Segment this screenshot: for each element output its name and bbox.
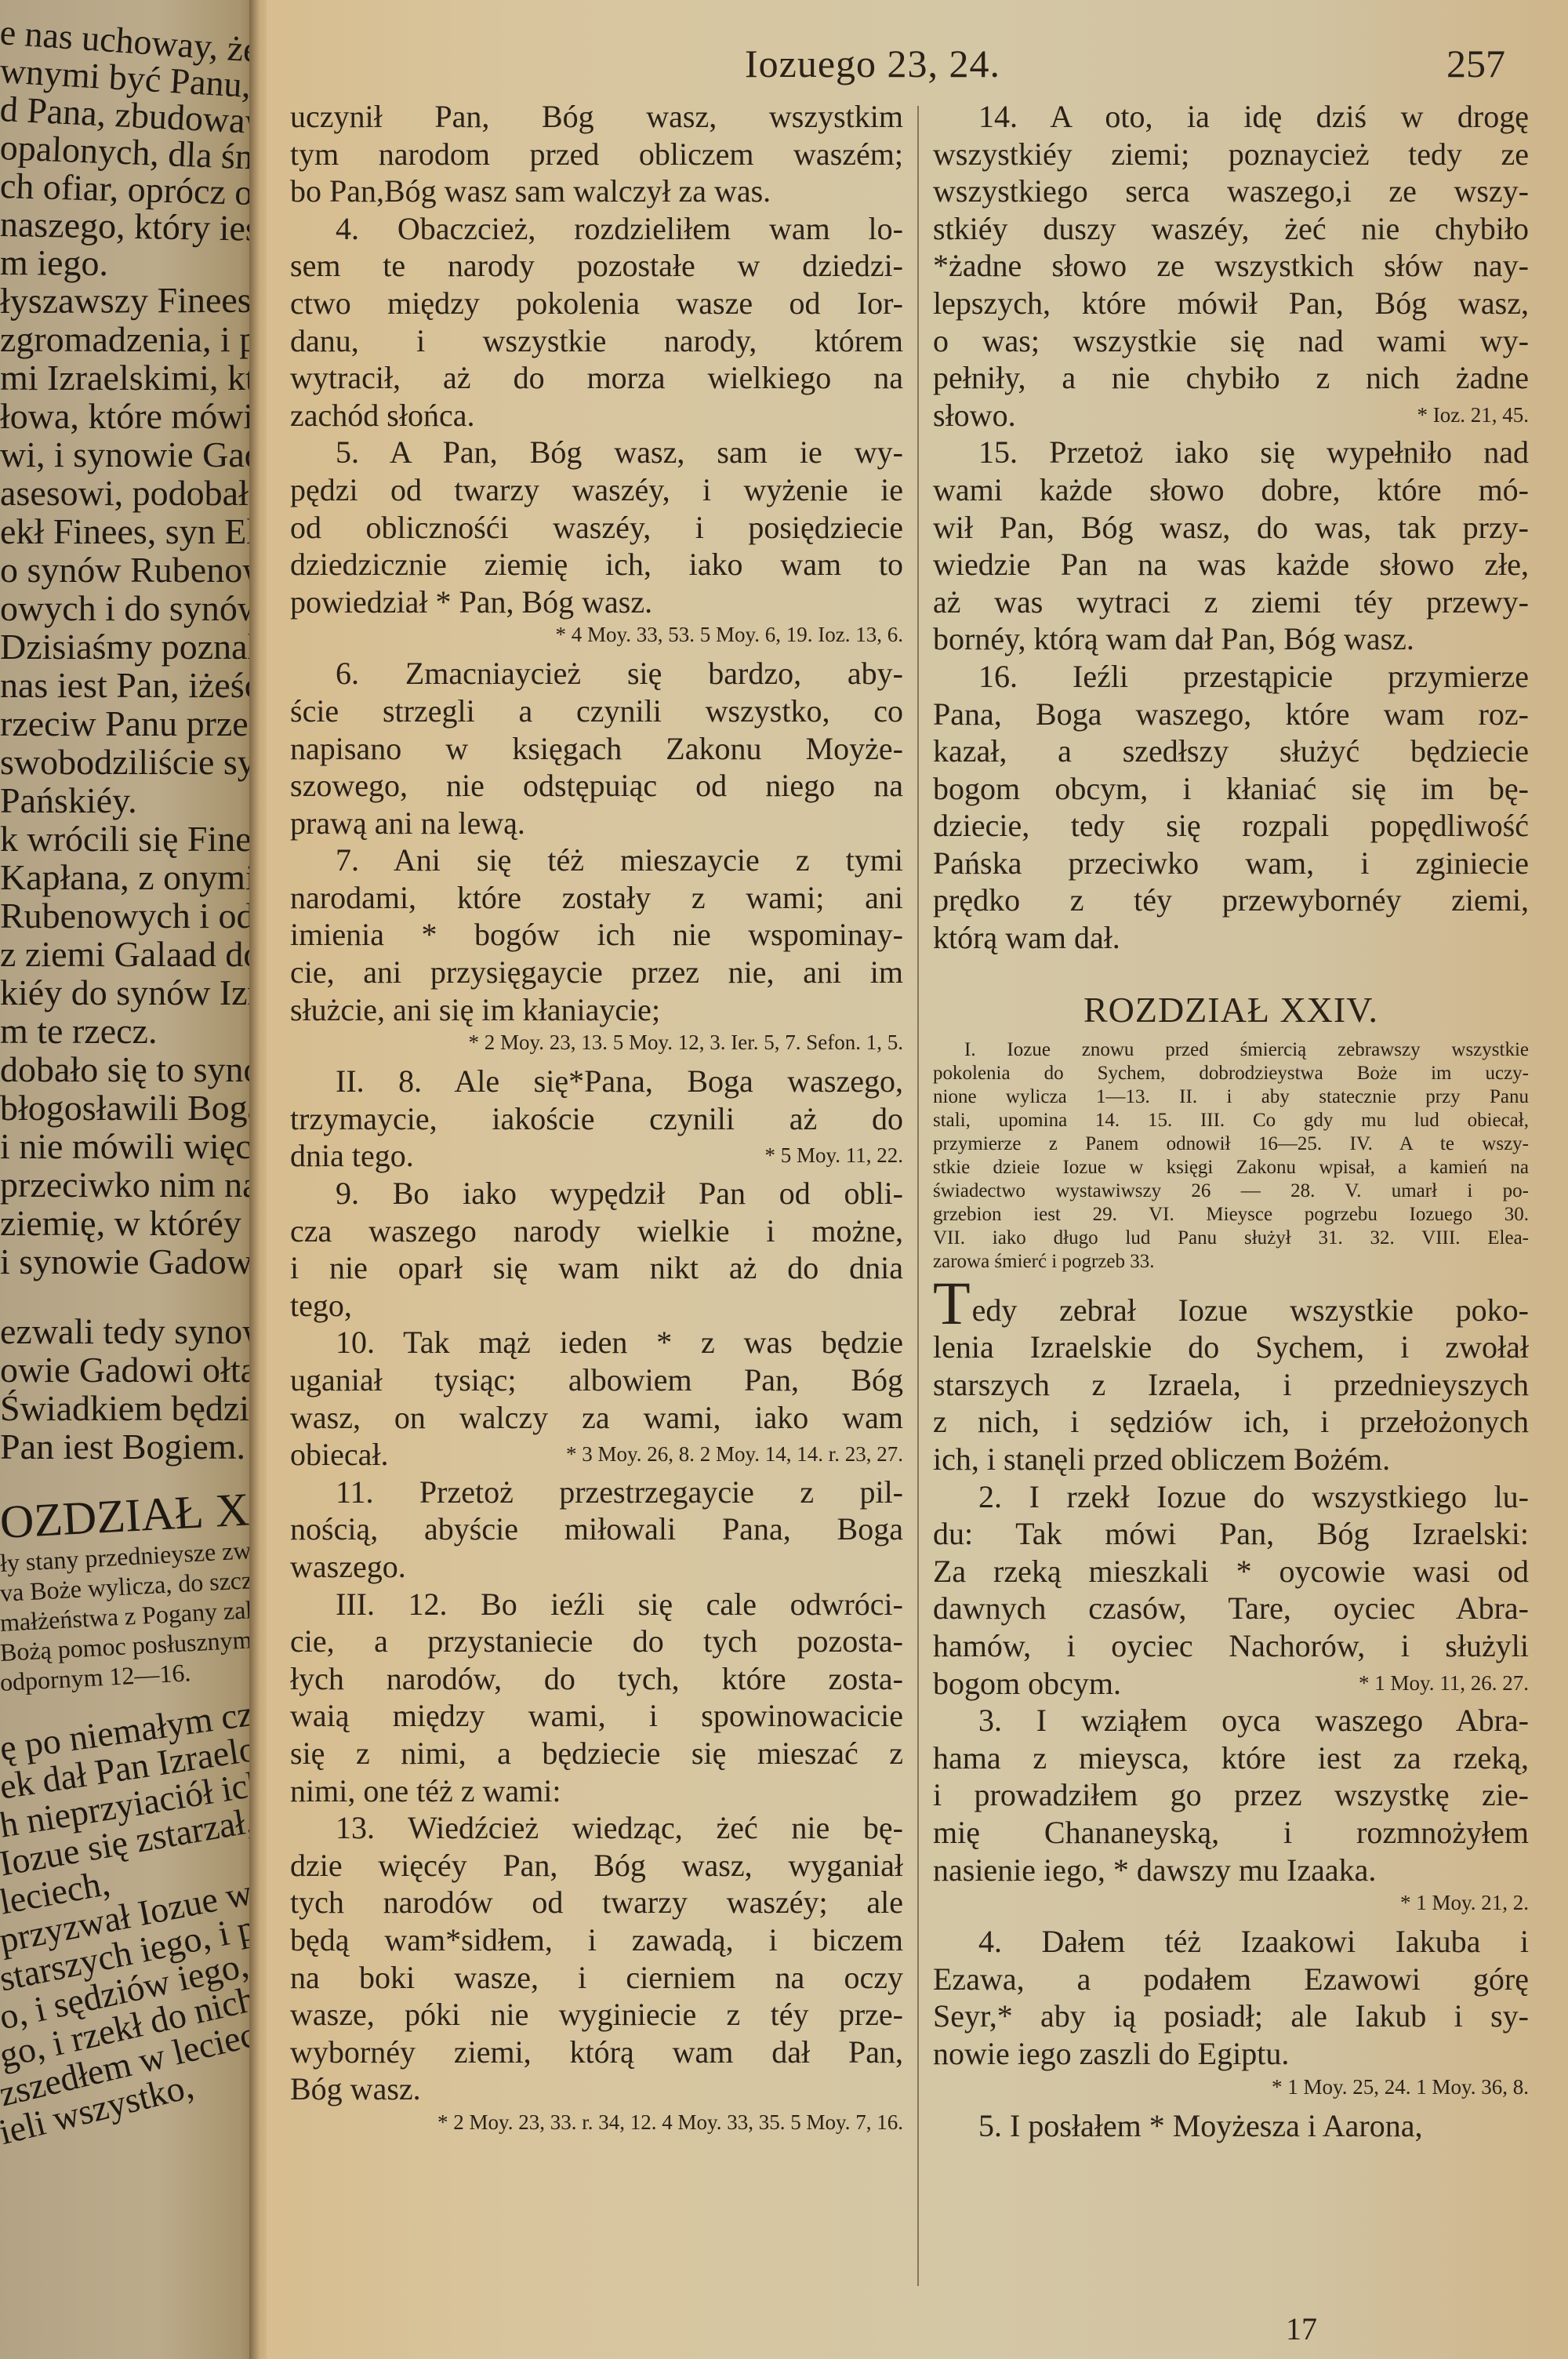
text-line: Seyr,* aby ią posiadł; ale Iakub i sy- xyxy=(933,1997,1529,2035)
text-line: na boki wasze, i cierniem na oczy xyxy=(290,1959,903,1997)
cross-reference: * 2 Moy. 23, 13. 5 Moy. 12, 3. Ier. 5, 7… xyxy=(290,1028,903,1056)
text-line: cie, a przystaniecie do tych pozosta- xyxy=(290,1623,903,1660)
text-line: waszego. xyxy=(290,1548,903,1586)
line-text: Za rzeką mieszkali * oycowie wasi od xyxy=(933,1554,1529,1589)
left-page-line: nas iest Pan, iżeście się xyxy=(0,667,260,703)
left-page-line: rzeciw Panu przestęps xyxy=(0,706,260,742)
line-text: tym narodom przed obliczem waszém; xyxy=(290,136,903,172)
column-divider xyxy=(917,106,919,2286)
line-text: dziedzicznie ziemię ich, iako wam to xyxy=(290,547,903,582)
running-head-title: Iozuego 23, 24. xyxy=(745,41,1000,86)
line-text: Bóg wasz. xyxy=(290,2071,421,2106)
text-line: 7. Ani się téż mieszaycie z tymi xyxy=(290,841,903,879)
line-text: ctwo między pokolenia wasze od Ior- xyxy=(290,285,903,321)
line-text: uczynił Pan, Bóg wasz, wszystkim xyxy=(290,99,903,134)
line-text: dnia tego. xyxy=(290,1138,414,1173)
text-line: Ezawa, a podałem Ezawowi górę xyxy=(933,1961,1529,1998)
line-text: III. 12. Bo ieźli się cale odwróci- xyxy=(336,1587,903,1622)
line-text: trzymaycie, iakoście czynili aż do xyxy=(290,1101,903,1136)
line-text: bogom obcym. xyxy=(933,1666,1121,1701)
left-page-line: Pańskiéy. xyxy=(0,783,137,819)
text-line: nasienie iego, * dawszy mu Izaaka. xyxy=(933,1852,1529,1889)
text-line: imienia * bogów ich nie wspominay- xyxy=(290,916,903,954)
line-text: sem te narody pozostałe w dziedzi- xyxy=(290,248,903,283)
line-text: 3. I wziąłem oyca waszego Abra- xyxy=(978,1703,1529,1738)
right-text-column: 14. A oto, ia idę dziś w drogęwszystkiéy… xyxy=(933,98,1529,2144)
left-page-line: ezwali tedy synowie R xyxy=(0,1314,260,1350)
summary-line: grzebion iest 29. VI. Mieysce pogrzebu I… xyxy=(933,1203,1529,1227)
line-text: danu, i wszystkie narody, którem xyxy=(290,323,903,358)
line-text: 15. Przetoż iako się wypełniło nad xyxy=(978,434,1529,470)
line-text: waią między wami, i spowinowacicie xyxy=(290,1698,903,1733)
line-text: pełniły, a nie chybiło z nich żadne xyxy=(933,360,1529,395)
line-text: nowie iego zaszli do Egiptu. xyxy=(933,2036,1289,2071)
verse-v15: 15. Przetoż iako się wypełniło nadwami k… xyxy=(933,434,1529,658)
summary-line: stkie dzieie Iozue w księgi Zakonu wpisa… xyxy=(933,1156,1529,1179)
line-text: kazał, a szedłszy służyć będziecie xyxy=(933,733,1529,769)
line-text: Pana, Boga waszego, które wam roz- xyxy=(933,696,1529,732)
line-text: aż was wytraci z ziemi téy przewy- xyxy=(933,584,1529,620)
cross-reference: * 4 Moy. 33, 53. 5 Moy. 6, 19. Ioz. 13, … xyxy=(290,620,903,649)
cross-reference: * 3 Moy. 26, 8. 2 Moy. 14, 14. r. 23, 27… xyxy=(566,1436,903,1474)
text-line: powiedział * Pan, Bóg wasz. xyxy=(290,583,903,621)
verse-v13: 13. Wiedźcież wiedząc, żeć nie bę-dzie w… xyxy=(290,1809,903,2136)
text-line: 14. A oto, ia idę dziś w drogę xyxy=(933,98,1529,136)
text-line: 4. Obaczcież, rozdzieliłem wam lo- xyxy=(290,210,903,248)
verse-v14: 14. A oto, ia idę dziś w drogęwszystkiéy… xyxy=(933,98,1529,434)
line-text: prędko z téy przewybornéy ziemi, xyxy=(933,882,1529,918)
line-text: wytracił, aż do morza wielkiego na xyxy=(290,360,903,395)
text-line: 2. I rzekł Iozue do wszystkiego lu- xyxy=(933,1478,1529,1516)
text-line: Pańska przeciwko wam, i zginiecie xyxy=(933,845,1529,882)
line-text: narodami, które zostały z wami; ani xyxy=(290,880,903,915)
text-line: wybornéy ziemi, którą wam dał Pan, xyxy=(290,2034,903,2071)
text-line: 15. Przetoż iako się wypełniło nad xyxy=(933,434,1529,471)
text-line: 5. A Pan, Bóg wasz, sam ie wy- xyxy=(290,434,903,471)
line-text: nością, abyście miłowali Pana, Boga xyxy=(290,1511,903,1547)
line-text: mię Chananeyską, i rozmnożyłem xyxy=(933,1815,1529,1850)
book-page: Iozuego 23, 24. 257 uczynił Pan, Bóg was… xyxy=(267,0,1568,2359)
cross-reference: * 2 Moy. 23, 33. r. 34, 12. 4 Moy. 33, 3… xyxy=(290,2108,903,2136)
text-line: i prowadziłem go przez wszystkę zie- xyxy=(933,1776,1529,1814)
left-page-line: łowa, które mówili s xyxy=(0,398,260,434)
text-line: wszystkiego serca waszego,i ze wszy- xyxy=(933,173,1529,210)
line-text: lepszych, które mówił Pan, Bóg wasz, xyxy=(933,285,1529,321)
line-text: o was; wszystkie się nad wami wy- xyxy=(933,323,1529,358)
text-line: cza waszego narody wielkie i możne, xyxy=(290,1212,903,1250)
text-line: sem te narody pozostałe w dziedzi- xyxy=(290,247,903,285)
text-line: lepszych, które mówił Pan, Bóg wasz, xyxy=(933,285,1529,322)
summary-line: zarowa śmierć i pogrzeb 33. xyxy=(933,1250,1529,1274)
text-line: III. 12. Bo ieźli się cale odwróci- xyxy=(290,1586,903,1623)
verse-v8: II. 8. Ale się*Pana, Boga waszego,trzyma… xyxy=(290,1063,903,1175)
line-text: szowego, nie odstępuiąc od niego na xyxy=(290,768,903,803)
line-text: 16. Ieźli przestąpicie przymierze xyxy=(978,659,1529,694)
drop-cap: T xyxy=(933,1269,971,1337)
left-page-line: ekł Finees, syn Eleaza xyxy=(0,514,260,550)
line-text: tych narodów od twarzy waszéy; ale xyxy=(290,1885,903,1920)
text-line: hama z mieysca, które iest za rzeką, xyxy=(933,1739,1529,1777)
text-line: dawnych czasów, Tare, oyciec Abra- xyxy=(933,1590,1529,1627)
text-line: ście strzegli a czynili wszystko, co xyxy=(290,692,903,730)
left-page-line: o synów Rubenowych i xyxy=(0,552,260,588)
cross-reference: * 1 Moy. 11, 26. 27. xyxy=(1359,1665,1529,1703)
text-line: 10. Tak mąż ieden * z was będzie xyxy=(290,1324,903,1361)
left-page-line: k wrócili się Finees xyxy=(0,821,260,857)
text-line: lenia Izraelskie do Sychem, i zwołał xyxy=(933,1329,1529,1366)
verse-v3: 3. I wziąłem oyca waszego Abra-hama z mi… xyxy=(933,1702,1529,1917)
text-line: bornéy, którą wam dał Pan, Bóg wasz. xyxy=(933,620,1529,658)
page-number: 257 xyxy=(1446,41,1505,86)
text-line: tych narodów od twarzy waszéy; ale xyxy=(290,1884,903,1921)
left-page-line: owych i do synów Mana xyxy=(0,591,260,627)
line-text: waszego. xyxy=(290,1549,406,1584)
line-text: będą wam*sidłem, i zawadą, i biczem xyxy=(290,1922,903,1957)
text-line: Pana, Boga waszego, które wam roz- xyxy=(933,696,1529,733)
summary-line: I. Iozue znowu przed śmiercią zebrawszy … xyxy=(933,1038,1529,1062)
left-page-line: m iego. xyxy=(0,245,108,282)
line-text: wasz, on walczy za wami, iako wam xyxy=(290,1400,903,1435)
text-line: Bóg wasz. xyxy=(290,2070,903,2108)
verse-v6: 6. Zmacniaycież się bardzo, aby-ście str… xyxy=(290,655,903,841)
text-line: wił Pan, Bóg wasz, do was, tak przy- xyxy=(933,509,1529,547)
left-page-line: OZDZIAŁ XXIII. xyxy=(0,1481,260,1546)
line-text: się z nimi, a będziecie się mieszać z xyxy=(290,1736,903,1771)
book-name: Iozuego xyxy=(745,42,877,85)
left-page-line: kiéy do synów Izraels xyxy=(0,975,260,1011)
left-page-line: przeciwko nim na woy xyxy=(0,1167,260,1203)
verse-1: Tedy zebrał Iozue wszystkie poko-lenia I… xyxy=(933,1288,1529,1478)
text-line: Za rzeką mieszkali * oycowie wasi od xyxy=(933,1553,1529,1590)
text-line: którą wam dał. xyxy=(933,919,1529,957)
left-page-line: łyszawszy Finees Kap xyxy=(0,282,260,319)
line-text: Ezawa, a podałem Ezawowi górę xyxy=(933,1961,1529,1997)
text-line: pełniły, a nie chybiło z nich żadne xyxy=(933,359,1529,397)
left-page-line: błogosławili Boga syn xyxy=(0,1090,260,1126)
line-text: 10. Tak mąż ieden * z was będzie xyxy=(336,1325,903,1360)
text-line: 16. Ieźli przestąpicie przymierze xyxy=(933,658,1529,696)
line-text: bo Pan,Bóg wasz sam walczył za was. xyxy=(290,173,771,209)
text-line: wasz, on walczy za wami, iako wam xyxy=(290,1399,903,1437)
summary-line: przymierze z Panem odnowił 16—25. IV. A … xyxy=(933,1132,1529,1156)
line-text: ście strzegli a czynili wszystko, co xyxy=(290,693,903,729)
line-text: 5. I posłałem * Moyżesza i Aarona, xyxy=(978,2108,1423,2143)
line-text: od oblicznośći waszéy, i posiędziecie xyxy=(290,510,903,545)
text-line: 6. Zmacniaycież się bardzo, aby- xyxy=(290,655,903,692)
left-text-column: uczynił Pan, Bóg wasz, wszystkimtym naro… xyxy=(290,98,903,2143)
line-text: łych narodów, do tych, które zosta- xyxy=(290,1661,903,1696)
text-line: służcie, ani się im kłaniaycie; xyxy=(290,991,903,1029)
left-page-line: zgromadzenia, i przeło xyxy=(0,322,260,358)
text-line: ctwo między pokolenia wasze od Ior- xyxy=(290,285,903,322)
text-line: stkiéy duszy waszéy, żeć nie chybiło xyxy=(933,210,1529,248)
text-line: 3. I wziąłem oyca waszego Abra- xyxy=(933,1702,1529,1739)
text-line: wiedzie Pan na was każde słowo złe, xyxy=(933,546,1529,583)
verse-v7: 7. Ani się téż mieszaycie z tyminarodami… xyxy=(290,841,903,1056)
line-text: wybornéy ziemi, którą wam dał Pan, xyxy=(290,2034,903,2070)
line-text: *żadne słowo ze wszystkich słów nay- xyxy=(933,248,1529,283)
line-text: 5. A Pan, Bóg wasz, sam ie wy- xyxy=(336,434,903,470)
text-line: nimi, one téż z wami: xyxy=(290,1772,903,1810)
line-text: imienia * bogów ich nie wspominay- xyxy=(290,917,903,952)
text-line: danu, i wszystkie narody, którem xyxy=(290,322,903,360)
line-text: 2. I rzekł Iozue do wszystkiego lu- xyxy=(978,1479,1529,1514)
line-text: wasze, póki nie wyginiecie z téy prze- xyxy=(290,1997,903,2032)
left-page-line: swobodziliście syny Izr xyxy=(0,744,260,780)
text-line: słowo.* Ioz. 21, 45. xyxy=(933,397,1529,434)
line-text: wszystkiéy ziemi; poznaycież tedy ze xyxy=(933,136,1529,172)
line-text: wił Pan, Bóg wasz, do was, tak przy- xyxy=(933,510,1529,545)
text-line: napisano w księgach Zakonu Moyże- xyxy=(290,730,903,768)
text-line: du: Tak mówi Pan, Bóg Izraelski: xyxy=(933,1515,1529,1553)
left-page-line: Rubenowych i od xyxy=(0,898,255,934)
left-page-line: asesowi, podobało się im xyxy=(0,475,260,511)
text-line: narodami, które zostały z wami; ani xyxy=(290,879,903,917)
cross-reference: * Ioz. 21, 45. xyxy=(1417,397,1529,434)
verse-v12: III. 12. Bo ieźli się cale odwróci-cie, … xyxy=(290,1586,903,1810)
left-page-line: owie Gadowi ołtarz on xyxy=(0,1352,260,1388)
line-text: stkiéy duszy waszéy, żeć nie chybiło xyxy=(933,211,1529,246)
text-line: 11. Przetoż przestrzegaycie z pil- xyxy=(290,1474,903,1511)
text-line: prawą ani na lewą. xyxy=(290,805,903,842)
verse-v2: 2. I rzekł Iozue do wszystkiego lu-du: T… xyxy=(933,1478,1529,1703)
text-line: szowego, nie odstępuiąc od niego na xyxy=(290,767,903,805)
line-text: nimi, one téż z wami: xyxy=(290,1773,561,1808)
text-line: obiecał.* 3 Moy. 26, 8. 2 Moy. 14, 14. r… xyxy=(290,1436,903,1474)
line-text: dzie więcéy Pan, Bóg wasz, wyganiał xyxy=(290,1848,903,1883)
text-line: tym narodom przed obliczem waszém; xyxy=(290,136,903,173)
text-line: będą wam*sidłem, i zawadą, i biczem xyxy=(290,1921,903,1959)
line-text: dawnych czasów, Tare, oyciec Abra- xyxy=(933,1590,1529,1626)
text-line: Tedy zebrał Iozue wszystkie poko- xyxy=(933,1288,1529,1329)
line-text: uganiał tysiąc; albowiem Pan, Bóg xyxy=(290,1362,903,1398)
text-line: prędko z téy przewybornéy ziemi, xyxy=(933,881,1529,919)
text-line: dnia tego.* 5 Moy. 11, 22. xyxy=(290,1137,903,1175)
text-line: ich, i stanęli przed obliczem Bożém. xyxy=(933,1441,1529,1478)
verse-v11: 11. Przetoż przestrzegaycie z pil-nością… xyxy=(290,1474,903,1586)
cross-reference: * 1 Moy. 21, 2. xyxy=(933,1888,1529,1917)
left-page-line: Dzisiaśmy poznali, iż xyxy=(0,629,260,665)
left-page-line: ziemię, w któréy syn xyxy=(0,1205,260,1241)
text-line: dziedzicznie ziemię ich, iako wam to xyxy=(290,546,903,583)
text-line: i nie oparł się wam nikt aż do dnia xyxy=(290,1249,903,1287)
left-page-line: naszego, który iest p xyxy=(0,206,260,248)
text-line: aż was wytraci z ziemi téy przewy- xyxy=(933,583,1529,621)
cross-reference: * 1 Moy. 25, 24. 1 Moy. 36, 8. xyxy=(933,2073,1529,2101)
summary-line: stali, upomina 14. 15. III. Co gdy mu lu… xyxy=(933,1109,1529,1132)
line-text: wami każde słowo dobre, które mó- xyxy=(933,472,1529,507)
text-line: starszych z Izraela, i przednieyszych xyxy=(933,1366,1529,1404)
left-page-line: z ziemi Galaad do xyxy=(0,936,260,972)
text-line: o was; wszystkie się nad wami wy- xyxy=(933,322,1529,360)
left-page-line: m te rzecz. xyxy=(0,1013,157,1049)
text-line: dziecie, tedy się rozpali popędliwość xyxy=(933,807,1529,845)
line-text: 11. Przetoż przestrzegaycie z pil- xyxy=(336,1474,903,1510)
line-text: cza waszego narody wielkie i możne, xyxy=(290,1213,903,1249)
line-text: Pańska przeciwko wam, i zginiecie xyxy=(933,845,1529,881)
chapter-heading: ROZDZIAŁ XXIV. xyxy=(933,987,1529,1034)
left-page-line: dobało się to synom I xyxy=(0,1052,260,1088)
text-line: zachód słońca. xyxy=(290,397,903,434)
text-line: łych narodów, do tych, które zosta- xyxy=(290,1660,903,1698)
text-line: mię Chananeyską, i rozmnożyłem xyxy=(933,1814,1529,1852)
line-text: którą wam dał. xyxy=(933,920,1120,955)
line-text: 4. Dałem téż Izaakowi Iakuba i xyxy=(978,1924,1529,1959)
text-line: wytracił, aż do morza wielkiego na xyxy=(290,359,903,397)
line-text: bornéy, którą wam dał Pan, Bóg wasz. xyxy=(933,621,1414,656)
chapter-summary: I. Iozue znowu przed śmiercią zebrawszy … xyxy=(933,1038,1529,1274)
line-text: edy zebrał Iozue wszystkie poko- xyxy=(972,1292,1529,1328)
text-line: waią między wami, i spowinowacicie xyxy=(290,1697,903,1735)
left-page-line: i synowie Gadowi xyxy=(0,1244,260,1280)
text-line: wami każde słowo dobre, które mó- xyxy=(933,471,1529,509)
text-line: trzymaycie, iakoście czynili aż do xyxy=(290,1100,903,1138)
line-text: 9. Bo iako wypędził Pan od obli- xyxy=(336,1176,903,1211)
line-text: nasienie iego, * dawszy mu Izaaka. xyxy=(933,1852,1376,1888)
line-text: hamów, i oyciec Nachorów, i służyli xyxy=(933,1628,1529,1663)
line-text: bogom obcym, i kłaniać się im bę- xyxy=(933,771,1529,806)
left-page-fragment: e nas uchoway, żebyśwnymi być Panu, a od… xyxy=(0,0,260,2359)
verse-v10: 10. Tak mąż ieden * z was będzieuganiał … xyxy=(290,1324,903,1473)
summary-line: VII. iako długo lud Panu służył 31. 32. … xyxy=(933,1227,1529,1250)
verse-v4: 4. Dałem téż Izaakowi Iakuba iEzawa, a p… xyxy=(933,1923,1529,2100)
line-text: 4. Obaczcież, rozdzieliłem wam lo- xyxy=(336,211,903,246)
line-text: powiedział * Pan, Bóg wasz. xyxy=(290,584,652,620)
line-text: 14. A oto, ia idę dziś w drogę xyxy=(978,99,1529,134)
line-text: i prowadziłem go przez wszystkę zie- xyxy=(933,1777,1529,1812)
text-line: wszystkiéy ziemi; poznaycież tedy ze xyxy=(933,136,1529,173)
verse-v5: 5. A Pan, Bóg wasz, sam ie wy-pędzi od t… xyxy=(290,434,903,649)
text-line: tego, xyxy=(290,1287,903,1325)
line-text: II. 8. Ale się*Pana, Boga waszego, xyxy=(336,1063,903,1099)
text-line: uganiał tysiąc; albowiem Pan, Bóg xyxy=(290,1361,903,1399)
text-line: bogom obcym.* 1 Moy. 11, 26. 27. xyxy=(933,1665,1529,1703)
line-text: na boki wasze, i cierniem na oczy xyxy=(290,1960,903,1995)
line-text: dziecie, tedy się rozpali popędliwość xyxy=(933,808,1529,843)
text-line: 13. Wiedźcież wiedząc, żeć nie bę- xyxy=(290,1809,903,1847)
text-line: kazał, a szedłszy służyć będziecie xyxy=(933,732,1529,770)
summary-line: nione wylicza 1—13. II. i aby statecznie… xyxy=(933,1085,1529,1109)
left-page-line: Kapłana, z onymi K xyxy=(0,860,260,896)
line-text: 7. Ani się téż mieszaycie z tymi xyxy=(336,842,903,878)
line-text: du: Tak mówi Pan, Bóg Izraelski: xyxy=(933,1516,1529,1551)
text-line: *żadne słowo ze wszystkich słów nay- xyxy=(933,247,1529,285)
line-text: prawą ani na lewą. xyxy=(290,805,525,841)
line-text: cie, ani przysięgaycie przez nie, ani im xyxy=(290,954,903,990)
text-line: 5. I posłałem * Moyżesza i Aarona, xyxy=(933,2107,1529,2145)
summary-line: świadectwo wystawiwszy 26 — 28. V. umarł… xyxy=(933,1179,1529,1203)
left-page-line: Świadkiem będzie mię xyxy=(0,1390,260,1427)
text-line: 4. Dałem téż Izaakowi Iakuba i xyxy=(933,1923,1529,1961)
running-head: Iozuego 23, 24. 257 xyxy=(267,41,1505,88)
text-line: II. 8. Ale się*Pana, Boga waszego, xyxy=(290,1063,903,1100)
chapter-range: 23, 24. xyxy=(887,42,1001,85)
text-line: z nich, i sędziów ich, i przełożonych xyxy=(933,1403,1529,1441)
text-line: nością, abyście miłowali Pana, Boga xyxy=(290,1510,903,1548)
verse-v3-end: uczynił Pan, Bóg wasz, wszystkimtym naro… xyxy=(290,98,903,210)
line-text: napisano w księgach Zakonu Moyże- xyxy=(290,731,903,766)
text-line: wasze, póki nie wyginiecie z téy prze- xyxy=(290,1996,903,2034)
line-text: Seyr,* aby ią posiadł; ale Iakub i sy- xyxy=(933,1998,1529,2034)
verse-v5: 5. I posłałem * Moyżesza i Aarona, xyxy=(933,2107,1529,2145)
text-line: hamów, i oyciec Nachorów, i służyli xyxy=(933,1627,1529,1665)
line-text: 13. Wiedźcież wiedząc, żeć nie bę- xyxy=(336,1810,903,1845)
text-line: uczynił Pan, Bóg wasz, wszystkim xyxy=(290,98,903,136)
text-line: od oblicznośći waszéy, i posiędziecie xyxy=(290,509,903,547)
text-line: dzie więcéy Pan, Bóg wasz, wyganiał xyxy=(290,1847,903,1885)
line-text: cie, a przystaniecie do tych pozosta- xyxy=(290,1623,903,1659)
line-text: wszystkiego serca waszego,i ze wszy- xyxy=(933,173,1529,209)
left-page-line: Pan iest Bogiem. xyxy=(0,1429,245,1465)
line-text: tego, xyxy=(290,1288,352,1323)
left-page-line: i nie mówili więcéy, i xyxy=(0,1129,260,1165)
text-line: bogom obcym, i kłaniać się im bę- xyxy=(933,770,1529,808)
text-line: się z nimi, a będziecie się mieszać z xyxy=(290,1735,903,1772)
line-text: pędzi od twarzy waszéy, i wyżenie ie xyxy=(290,472,903,507)
text-line: nowie iego zaszli do Egiptu. xyxy=(933,2035,1529,2073)
line-text: służcie, ani się im kłaniaycie; xyxy=(290,992,660,1027)
line-text: obiecał. xyxy=(290,1437,389,1472)
line-text: słowo. xyxy=(933,398,1016,433)
left-page-line: mi Izraelskimi, któr xyxy=(0,360,260,396)
left-page-line: wi, i synowie Gadowi i xyxy=(0,437,260,473)
text-line: 9. Bo iako wypędził Pan od obli- xyxy=(290,1175,903,1212)
signature-mark: 17 xyxy=(1286,2310,1317,2347)
text-line: bo Pan,Bóg wasz sam walczył za was. xyxy=(290,173,903,210)
verse-v16: 16. Ieźli przestąpicie przymierzePana, B… xyxy=(933,658,1529,957)
text-line: cie, ani przysięgaycie przez nie, ani im xyxy=(290,954,903,991)
line-text: zachód słońca. xyxy=(290,398,474,433)
summary-line: pokolenia do Sychem, dobrodzieystwa Boże… xyxy=(933,1062,1529,1085)
text-line: pędzi od twarzy waszéy, i wyżenie ie xyxy=(290,471,903,509)
line-text: i nie oparł się wam nikt aż do dnia xyxy=(290,1250,903,1285)
verse-v9: 9. Bo iako wypędził Pan od obli-cza wasz… xyxy=(290,1175,903,1324)
line-text: hama z mieysca, które iest za rzeką, xyxy=(933,1740,1529,1776)
line-text: wiedzie Pan na was każde słowo złe, xyxy=(933,547,1529,582)
cross-reference: * 5 Moy. 11, 22. xyxy=(764,1137,903,1175)
line-text: 6. Zmacniaycież się bardzo, aby- xyxy=(336,656,903,691)
verse-v4: 4. Obaczcież, rozdzieliłem wam lo-sem te… xyxy=(290,210,903,434)
